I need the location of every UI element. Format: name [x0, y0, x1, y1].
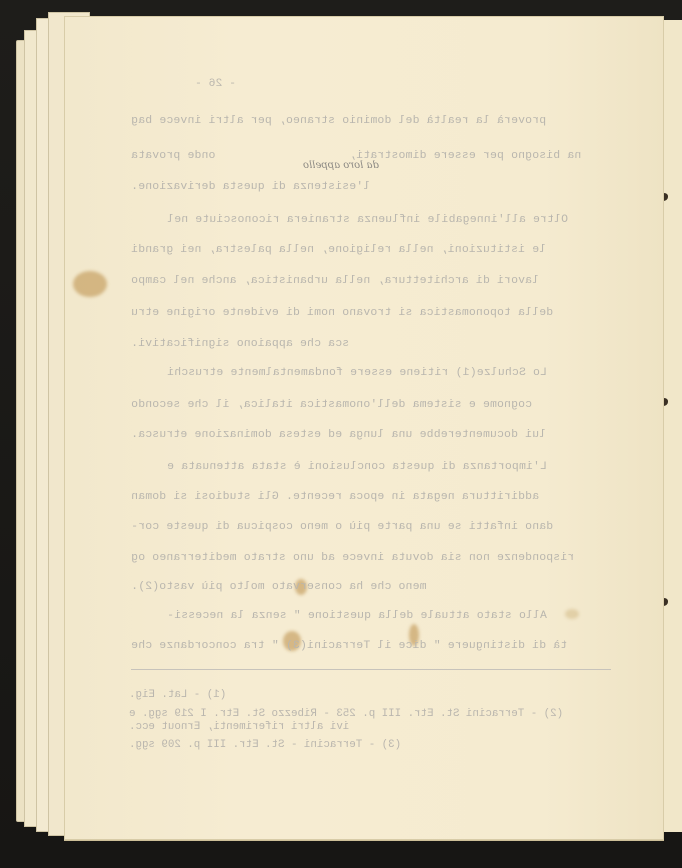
- text-line: cognome e sistema dell'onomastica italic…: [131, 399, 532, 411]
- text-line: lui documenterebbe una lunga ed estesa d…: [131, 429, 546, 441]
- footnote: ivi altri riferimenti, Ernout ecc.: [129, 721, 382, 733]
- text-line: le istituzioni, nella religione, nella p…: [131, 244, 546, 256]
- text-line: proverà la realtà del dominio straneo, p…: [131, 115, 546, 127]
- footnote: (3) - Terracini - St. Etr. III p. 209 sg…: [129, 739, 401, 751]
- document-page: - 26 - proverà la realtà del dominio str…: [64, 16, 664, 840]
- text-line: rispondenze non sia dovuta invece ad uno…: [131, 552, 574, 564]
- handwritten-note: da loro appello: [303, 160, 379, 171]
- text-line: lavori di architettura, nella urbanistic…: [131, 275, 539, 287]
- text-line: l'esistenza di questa derivazione.: [131, 181, 370, 193]
- footnote-rule: [131, 669, 611, 670]
- text-line: tà di distinguere " dice il Terracini(3)…: [131, 640, 567, 652]
- typed-text-area: - 26 - proverà la realtà del dominio str…: [65, 17, 663, 839]
- text-line: addirittura negata in epoca recente. Gli…: [131, 491, 539, 503]
- text-line: meno che ha conservato molto più vasto(2…: [131, 581, 427, 593]
- text-line: sca che appaiono significativi.: [131, 338, 349, 350]
- footnote: (2) - Terracini St. Etr. III p. 253 - Ri…: [129, 708, 563, 720]
- page-number: - 26 -: [195, 78, 236, 90]
- text-line: Oltre all'innegabile influenza straniera…: [167, 214, 568, 226]
- text-line: L'importanza di questa conclusioni è sta…: [167, 461, 547, 473]
- text-line: Lo Schulze(1) ritiene essere fondamental…: [167, 367, 547, 379]
- text-line: Allo stato attuale della questione " sen…: [167, 610, 547, 622]
- text-line: della toponomastica si trovano nomi di e…: [131, 307, 553, 319]
- footnote: (1) - Lat. Eig.: [129, 689, 226, 701]
- text-line: dano infatti se una parte più o meno cos…: [131, 521, 553, 533]
